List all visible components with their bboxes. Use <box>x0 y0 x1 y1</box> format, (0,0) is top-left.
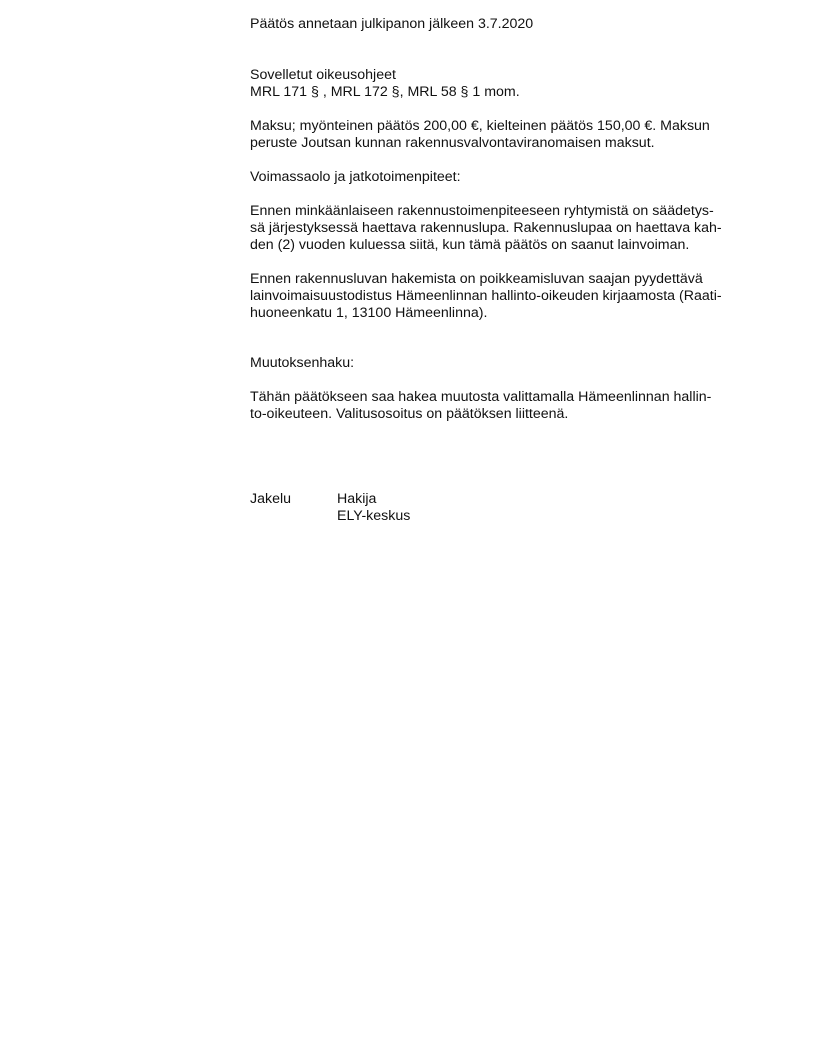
decision-publication: Päätös annetaan julkipanon jälkeen 3.7.2… <box>250 16 533 33</box>
distribution-recipient: Hakija <box>337 491 376 508</box>
appeal-line: to-oikeuteen. Valitusosoitus on päätökse… <box>250 406 568 423</box>
validity-paragraph-line: huoneenkatu 1, 13100 Hämeenlinna). <box>250 305 487 322</box>
fee-line: Maksu; myönteinen päätös 200,00 €, kielt… <box>250 118 710 135</box>
distribution-recipient: ELY-keskus <box>337 508 410 525</box>
applied-law-heading: Sovelletut oikeusohjeet <box>250 67 396 84</box>
validity-paragraph-line: lainvoimaisuustodistus Hämeenlinnan hall… <box>250 288 722 305</box>
applied-law-text: MRL 171 § , MRL 172 §, MRL 58 § 1 mom. <box>250 84 520 101</box>
validity-heading: Voimassaolo ja jatkotoimenpiteet: <box>250 169 461 186</box>
validity-paragraph-line: Ennen minkäänlaiseen rakennustoimenpitee… <box>250 203 714 220</box>
validity-paragraph-line: den (2) vuoden kuluessa siitä, kun tämä … <box>250 237 689 254</box>
fee-line: peruste Joutsan kunnan rakennusvalvontav… <box>250 135 655 152</box>
validity-paragraph-line: sä järjestyksessä haettava rakennuslupa.… <box>250 220 722 237</box>
distribution-label: Jakelu <box>250 491 291 508</box>
validity-paragraph-line: Ennen rakennusluvan hakemista on poikkea… <box>250 271 703 288</box>
appeal-line: Tähän päätökseen saa hakea muutosta vali… <box>250 389 711 406</box>
appeal-heading: Muutoksenhaku: <box>250 355 354 372</box>
